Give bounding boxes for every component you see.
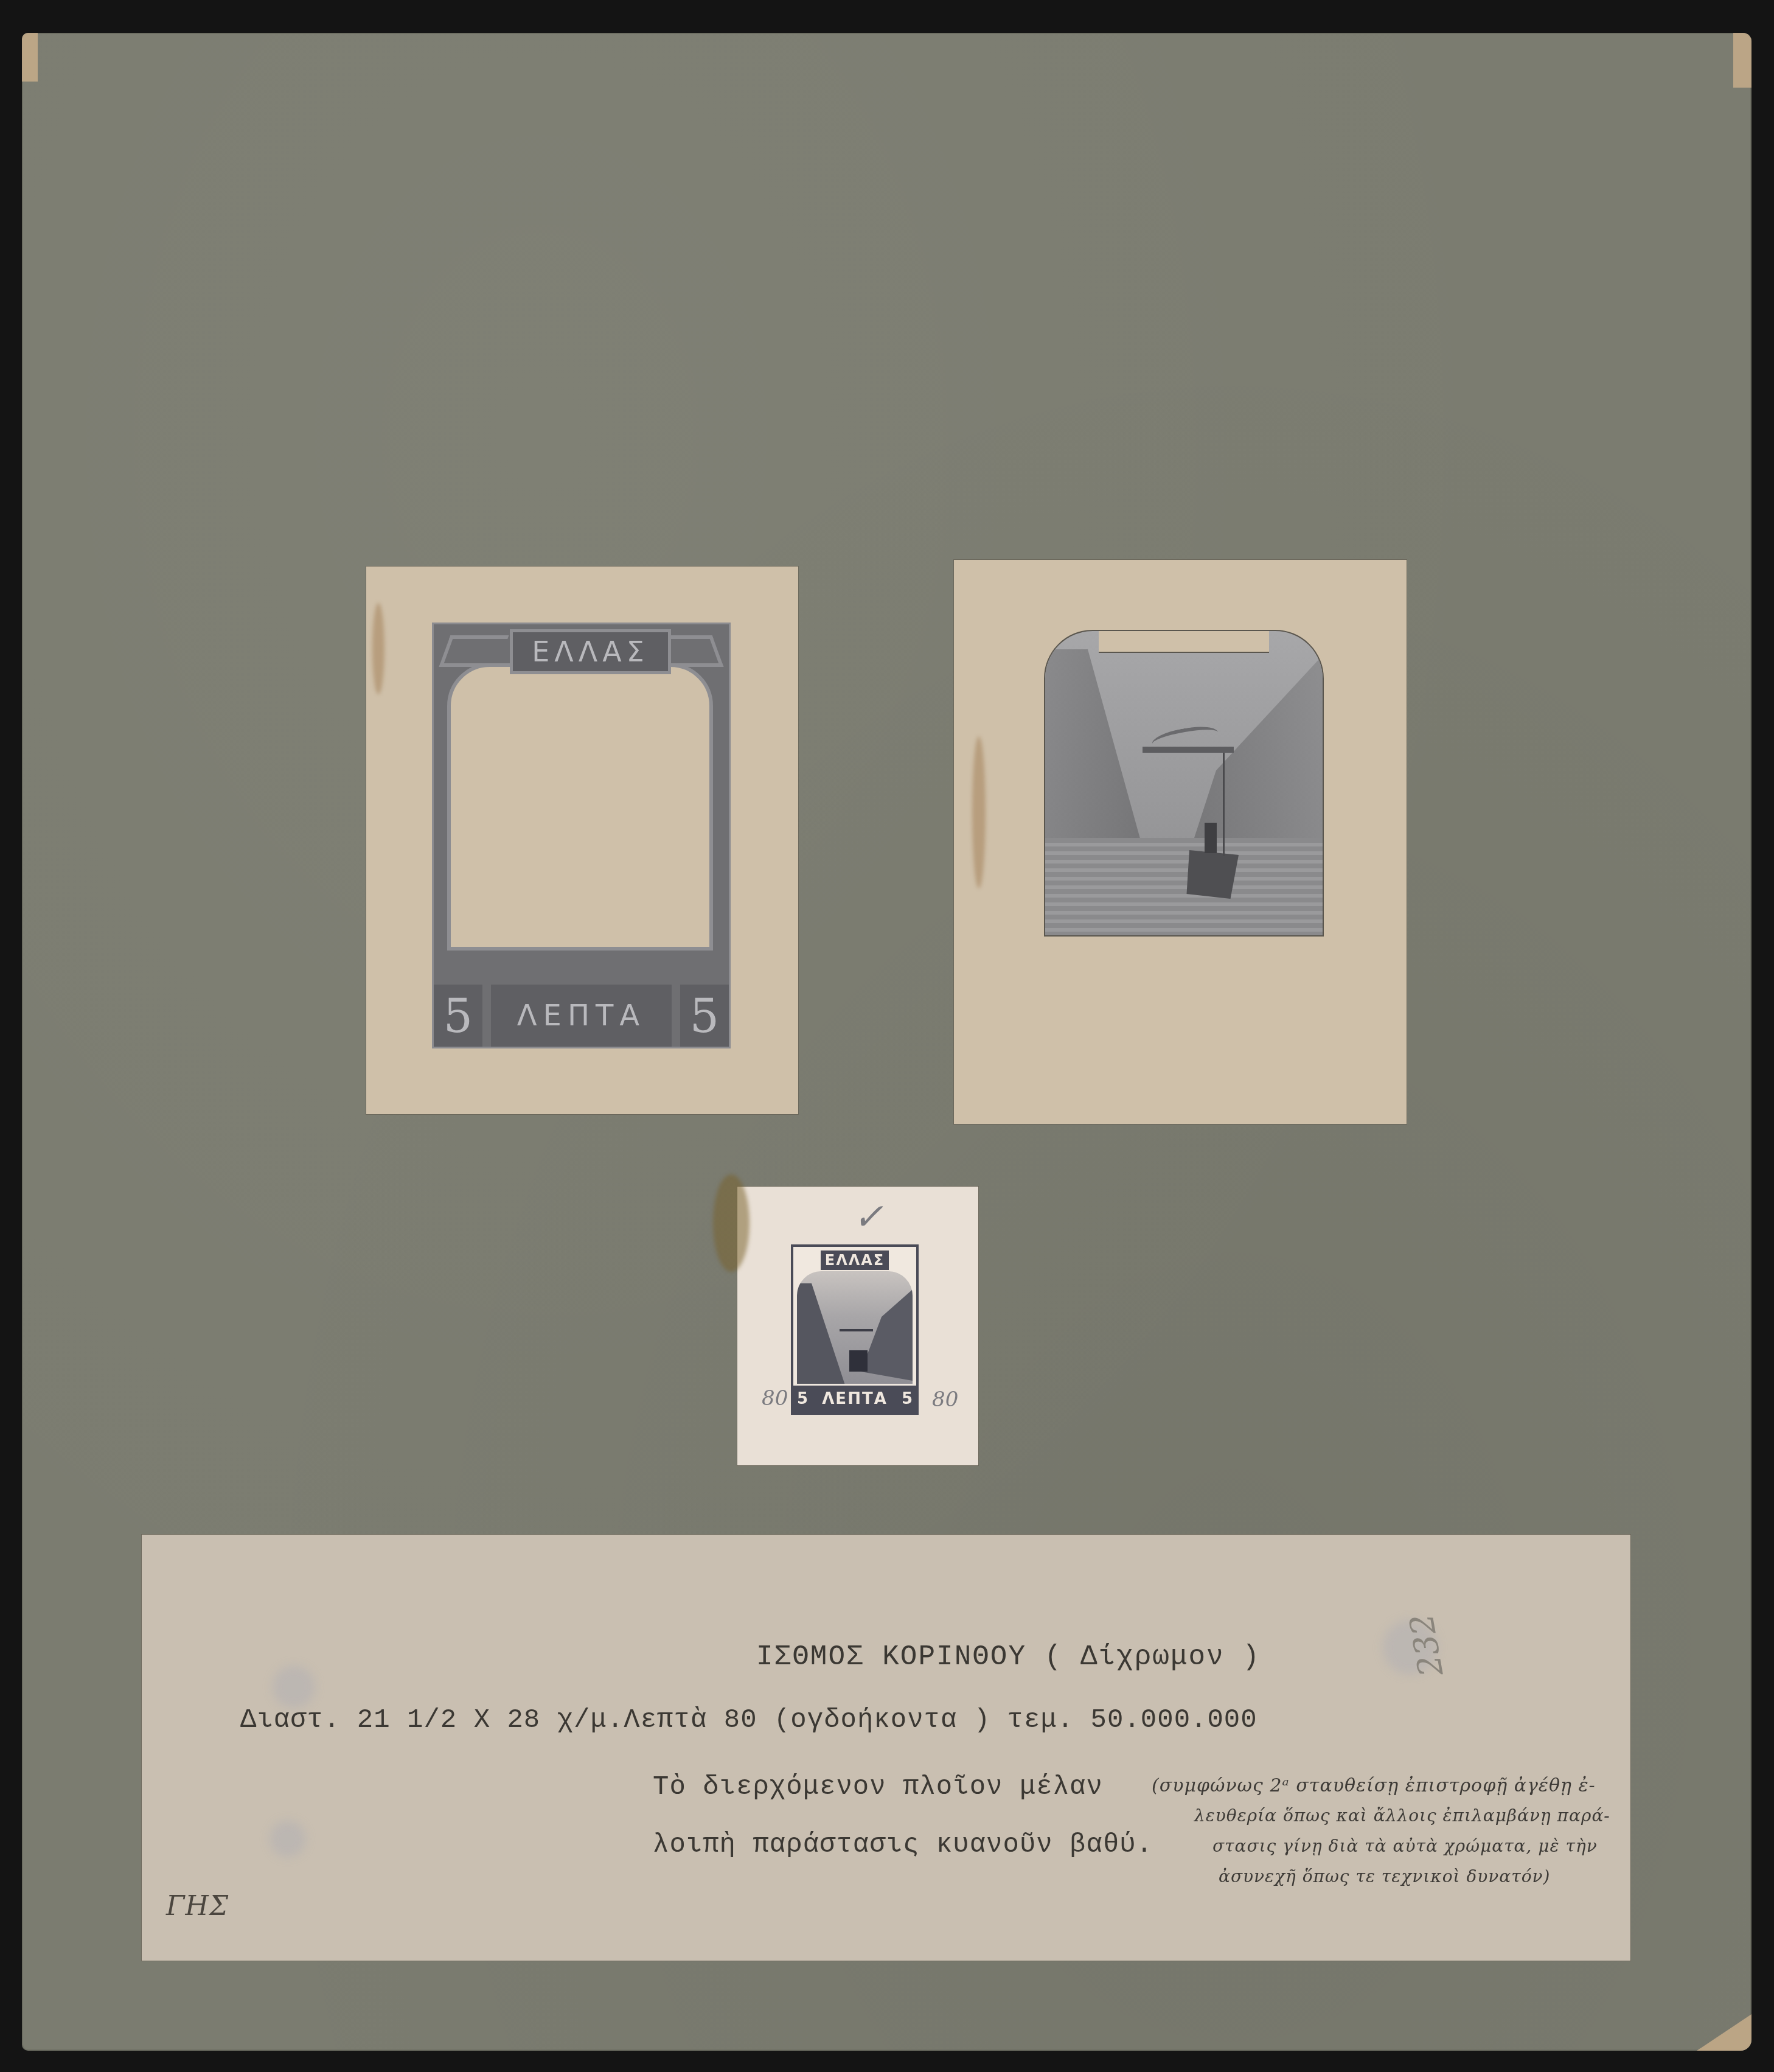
country-tablet: ΕΛΛΑΣ bbox=[821, 1251, 889, 1270]
caption-title: ΙΣΘΜΟΣ ΚΟΡΙΝΘΟΥ ( Δίχρωμον ) bbox=[756, 1641, 1261, 1673]
pencil-check-mark: ✓ bbox=[853, 1196, 883, 1238]
handwritten-note-line-3: στασις γίνῃ διὰ τὰ αὐτὰ χρώματα, μὲ τὴν bbox=[1212, 1836, 1598, 1856]
currency-box: ΛΕΠΤΑ bbox=[491, 985, 672, 1047]
pencil-value-right: 80 bbox=[932, 1387, 958, 1412]
vignette-card bbox=[954, 560, 1407, 1124]
corner-ornament-left bbox=[439, 635, 509, 667]
canal-water bbox=[1045, 838, 1323, 935]
handwritten-note-line-2: λευθερία ὅπως καὶ ἄλλοις ἐπιλαμβάνῃ παρά… bbox=[1194, 1805, 1610, 1826]
ship-funnel bbox=[1205, 823, 1217, 853]
caption-scene-color: λοιπὴ παράστασις κυανοῦν βαθύ. bbox=[653, 1830, 1153, 1860]
handwritten-note-line-1: (συμφώνως 2ᵃ σταυθείσῃ ἐπιστροφῇ ἀγέθῃ ἐ… bbox=[1152, 1775, 1596, 1796]
caption-strip: ΙΣΘΜΟΣ ΚΟΡΙΝΘΟΥ ( Δίχρωμον ) Διαστ. 21 1… bbox=[142, 1535, 1630, 1961]
frame-essay-card: ΕΛΛΑΣ 5 ΛΕΠΤΑ 5 bbox=[366, 567, 798, 1114]
ship-mast bbox=[1223, 753, 1225, 856]
value-box-left: 5 bbox=[434, 985, 482, 1047]
corinth-canal-painting bbox=[1044, 630, 1324, 937]
frame-window bbox=[447, 663, 713, 951]
value-tablet: 5 ΛΕΠΤΑ 5 bbox=[793, 1386, 916, 1412]
caption-ship-color: Τὸ διερχόμενον πλοῖον μέλαν bbox=[653, 1772, 1103, 1802]
proof-stamp: ΕΛΛΑΣ 5 ΛΕΠΤΑ 5 bbox=[791, 1244, 919, 1415]
value-box-right: 5 bbox=[680, 985, 729, 1047]
ship bbox=[1184, 850, 1239, 899]
country-tablet: ΕΛΛΑΣ bbox=[510, 629, 671, 674]
die-proof-card: ✓ ΕΛΛΑΣ 5 ΛΕΠΤΑ 5 80 80 bbox=[737, 1187, 978, 1465]
canal-engraving bbox=[797, 1271, 913, 1384]
handwritten-note-line-4: ἀσυνεχῆ ὅπως τε τεχνικοὶ δυνατόν) bbox=[1219, 1866, 1551, 1886]
pencil-value-left: 80 bbox=[762, 1386, 788, 1411]
monogram-signature: ΓΗΣ bbox=[166, 1891, 229, 1922]
stamp-frame-essay: ΕΛΛΑΣ 5 ΛΕΠΤΑ 5 bbox=[432, 623, 731, 1048]
caption-specs: Διαστ. 21 1/2 Χ 28 χ/μ.Λεπτὰ 80 (ογδοήκο… bbox=[240, 1705, 1257, 1735]
country-name: ΕΛΛΑΣ bbox=[532, 635, 649, 668]
